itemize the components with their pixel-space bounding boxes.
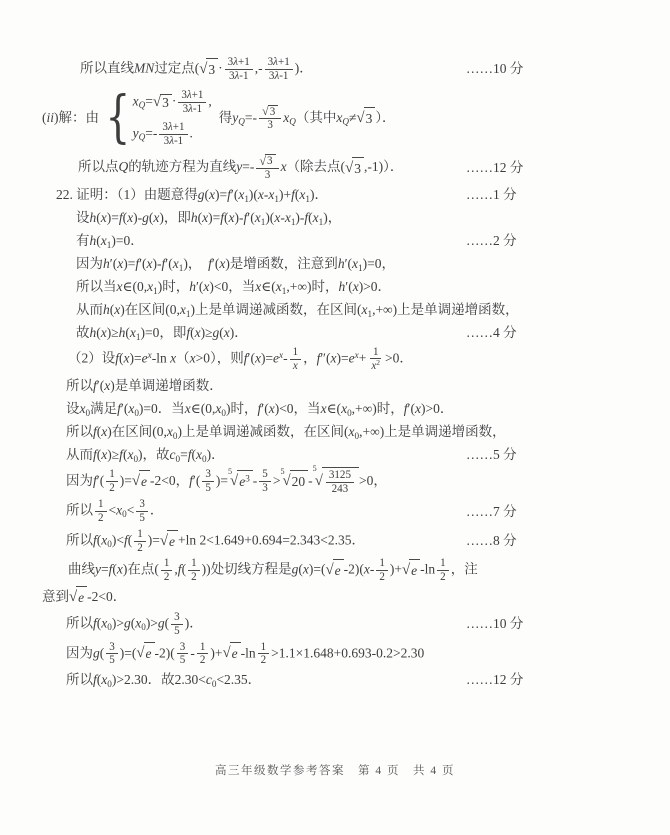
math-text: 所以f(x0)>g(x0)>g(35)． xyxy=(42,610,203,638)
denominator: 3 xyxy=(259,482,271,495)
superscript: x xyxy=(279,350,283,360)
numerator: 1 xyxy=(106,468,118,482)
page-footer: 高三年级数学参考答案 第 4 页 共 4 页 xyxy=(0,762,670,778)
fraction: 3λ+13λ-1 xyxy=(178,89,206,115)
solution-lines: 所以直线MN过定点(√3·3λ+13λ-1,-3λ+13λ-1)．……10 分(… xyxy=(42,54,642,692)
denominator: 5 xyxy=(171,625,183,638)
fraction: 12 xyxy=(134,528,146,554)
denominator: 5 xyxy=(106,654,118,667)
cases-result: 得yQ=-√33xQ（其中xQ≠√3）． xyxy=(219,104,396,133)
math-text: 因为f′(12)=√e-2<0，f′(35)=5√e3-53>5√20-5√31… xyxy=(42,467,387,496)
numerator: 1 xyxy=(188,557,200,571)
subscript: 1 xyxy=(319,217,324,227)
math-text: 曲线y=f(x)在点(12,f(12))处切线方程是g(x)=(√e-2)(x-… xyxy=(42,556,478,584)
math-text: 从而f(x)≥f(x0)，故c0=f(x0)． xyxy=(42,444,225,466)
subscript: 1 xyxy=(282,286,287,296)
cases-line: (ii)解：由{xQ=√3·3λ+13λ-1,yQ=-3λ+13λ-1.得yQ=… xyxy=(42,88,642,148)
fraction: 12 xyxy=(161,557,173,583)
fraction: √33 xyxy=(259,105,281,132)
radical: √e xyxy=(136,642,154,665)
score-marker: ……4 分 xyxy=(466,322,517,344)
numerator: 1 xyxy=(376,557,388,571)
fraction: 3λ+13λ-1 xyxy=(265,56,293,82)
radical: 5√3125243 xyxy=(313,467,359,496)
subscript: 1 xyxy=(274,194,279,204)
denominator: x xyxy=(290,360,301,373)
fraction: 35 xyxy=(106,641,118,667)
superscript: 3 xyxy=(245,474,250,484)
subscript: 0 xyxy=(202,454,207,464)
content-line: 所以直线MN过定点(√3·3λ+13λ-1,-3λ+13λ-1)．……10 分 xyxy=(42,55,642,83)
numerator: 3 xyxy=(177,641,189,655)
subscript: Q xyxy=(139,132,146,142)
denominator: 3λ-1 xyxy=(266,70,292,83)
numerator: √3 xyxy=(259,105,281,120)
content-line: 22. 证明：（1）由题意得g(x)=f′(x1)(x-x1)+f(x1)．……… xyxy=(42,184,642,206)
radical: 5√20 xyxy=(280,470,308,493)
content-line: 因为f′(12)=√e-2<0，f′(35)=5√e3-53>5√20-5√31… xyxy=(42,467,642,496)
subscript: Q xyxy=(342,116,349,126)
denominator: x2 xyxy=(368,359,383,372)
radical: √3 xyxy=(345,157,364,180)
radicand: 3 xyxy=(364,107,376,130)
score-marker: ……1 分 xyxy=(466,184,517,206)
subscript: 0 xyxy=(176,454,181,464)
fraction: 3λ+13λ-1 xyxy=(225,56,253,82)
subscript: 1 xyxy=(291,217,296,227)
subscript: 0 xyxy=(122,509,127,519)
denominator: 2 xyxy=(376,571,388,584)
numerator: 3λ+1 xyxy=(178,89,206,103)
fraction: 35 xyxy=(177,641,189,667)
case-equation: yQ=-3λ+13λ-1. xyxy=(133,120,212,148)
fraction: √33 xyxy=(256,154,278,181)
subscript: 0 xyxy=(86,408,91,418)
subscript: 0 xyxy=(107,622,112,632)
radical: √3 xyxy=(199,58,218,81)
math-text: 所以当x∈(0,x1)时，h′(x)<0，当x∈(x1,+∞)时，h′(x)>0… xyxy=(42,276,391,298)
denominator: 3 xyxy=(262,169,274,182)
radical: √e xyxy=(69,586,87,609)
numerator: 1 xyxy=(197,641,209,655)
math-text: 所以点Q的轨迹方程为直线y=-√33x（除去点(√3,-1)）． xyxy=(42,153,403,182)
numerator: 3 xyxy=(106,641,118,655)
radicand: 3 xyxy=(268,105,279,119)
radicand: e xyxy=(409,559,420,582)
fraction: 35 xyxy=(202,468,214,494)
radical: √e xyxy=(160,530,178,553)
subscript: 1 xyxy=(107,240,112,250)
score-marker: ……5 分 xyxy=(466,444,517,466)
subscript: 1 xyxy=(244,194,249,204)
radicand: 20 xyxy=(290,470,309,493)
content-line: （2）设f(x)=ex-ln x（x>0），则f′(x)=ex-1x，f″(x)… xyxy=(42,345,642,374)
content-line: 曲线y=f(x)在点(12,f(12))处切线方程是g(x)=(√e-2)(x-… xyxy=(42,556,642,584)
content-line: 设x0满足f′(x0)=0．当x∈(0,x0)时，f′(x)<0，当x∈(x0,… xyxy=(42,398,642,420)
numerator: 1 xyxy=(258,641,270,655)
denominator: 243 xyxy=(329,483,352,496)
subscript: 0 xyxy=(133,454,138,464)
content-line: 有h(x1)=0．……2 分 xyxy=(42,230,642,252)
denominator: 5 xyxy=(177,654,189,667)
radical: √e xyxy=(222,642,240,665)
subscript: 1 xyxy=(358,263,363,273)
numerator: 3 xyxy=(136,498,148,512)
denominator: 2 xyxy=(188,571,200,584)
numerator: 1 xyxy=(134,528,146,542)
fraction: 12 xyxy=(437,557,449,583)
fraction: 12 xyxy=(258,641,270,667)
fraction: 35 xyxy=(171,611,183,637)
math-text: （2）设f(x)=ex-ln x（x>0），则f′(x)=ex-1x，f″(x)… xyxy=(42,345,413,374)
content-line: 所以当x∈(0,x1)时，h′(x)<0，当x∈(x1,+∞)时，h′(x)>0… xyxy=(42,276,642,298)
subscript: 0 xyxy=(173,431,178,441)
radical: √3 xyxy=(262,105,278,119)
content-line: 从而h(x)在区间(0,x1)上是单调递减函数，在区间(x1,+∞)上是单调递增… xyxy=(42,299,642,321)
score-marker: ……7 分 xyxy=(466,501,517,523)
score-marker: ……12 分 xyxy=(466,669,523,691)
fraction: 35 xyxy=(136,498,148,524)
content-line: 所以点Q的轨迹方程为直线y=-√33x（除去点(√3,-1)）．……12 分 xyxy=(42,153,642,182)
cases-equations: xQ=√3·3λ+13λ-1,yQ=-3λ+13λ-1. xyxy=(133,88,212,148)
radical: 5√e3 xyxy=(228,470,253,493)
denominator: 3 xyxy=(264,119,276,132)
fraction: 12 xyxy=(106,468,118,494)
fraction: 12 xyxy=(376,557,388,583)
case-equation: xQ=√3·3λ+13λ-1, xyxy=(133,88,212,116)
math-text: 所以直线MN过定点(√3·3λ+13λ-1,-3λ+13λ-1)． xyxy=(42,55,313,83)
radicand: e xyxy=(230,642,241,665)
denominator: 5 xyxy=(202,482,214,495)
numerator: 3 xyxy=(202,468,214,482)
subscript: 1 xyxy=(179,263,184,273)
subscript: 0 xyxy=(141,622,146,632)
cases-prefix: (ii)解：由 xyxy=(42,107,99,129)
score-marker: ……2 分 xyxy=(466,230,517,252)
radicand: 3 xyxy=(265,154,276,168)
radicand: e3 xyxy=(237,470,253,493)
score-marker: ……10 分 xyxy=(466,58,523,80)
math-text: 因为h′(x)=f′(x)-f′(x1)， f′(x)是增函数，注意到h′(x1… xyxy=(42,253,395,275)
subscript: 0 xyxy=(354,431,359,441)
radicand: e xyxy=(333,559,344,582)
subscript: Q xyxy=(238,116,245,126)
content-line: 所以f(x0)>2.30．故2.30<c0<2.35．……12 分 xyxy=(42,669,642,691)
math-text: 因为g(35)=(√e-2)(35-12)+√e-ln12>1.1×1.648+… xyxy=(42,640,424,668)
denominator: 3λ-1 xyxy=(161,135,187,148)
denominator: 3λ-1 xyxy=(180,103,206,116)
subscript: 0 xyxy=(134,408,139,418)
numerator: 3 xyxy=(171,611,183,625)
numerator: 1 xyxy=(370,346,382,360)
content-line: 故h(x)≥h(x1)=0，即f(x)≥g(x)．……4 分 xyxy=(42,322,642,344)
fraction: 12 xyxy=(95,498,107,524)
math-text: 所以f(x)在区间(0,x0)上是单调递减函数，在区间(x0,+∞)上是单调递增… xyxy=(42,421,506,443)
subscript: 1 xyxy=(136,332,141,342)
numerator: √3 xyxy=(256,154,278,169)
numerator: 1 xyxy=(161,557,173,571)
denominator: 5 xyxy=(136,512,148,525)
left-brace-glyph: { xyxy=(105,93,130,143)
subscript: 0 xyxy=(347,408,352,418)
subscript: 1 xyxy=(261,217,266,227)
subscript: 1 xyxy=(153,286,158,296)
superscript: 2 xyxy=(376,358,380,367)
subscript: 1 xyxy=(367,309,372,319)
math-text: 22. 证明：（1）由题意得g(x)=f′(x1)(x-x1)+f(x1)． xyxy=(42,184,328,206)
subscript: Q xyxy=(289,116,296,126)
denominator: 2 xyxy=(161,571,173,584)
fraction: 1x2 xyxy=(368,346,383,373)
content-line: 所以f(x)在区间(0,x0)上是单调递减函数，在区间(x0,+∞)上是单调递增… xyxy=(42,421,642,443)
fraction: 12 xyxy=(197,641,209,667)
math-text: 意到√e-2<0． xyxy=(42,586,126,609)
denominator: 2 xyxy=(437,571,449,584)
math-text: 设x0满足f′(x0)=0．当x∈(0,x0)时，f′(x)<0，当x∈(x0,… xyxy=(42,398,453,420)
fraction: 3125243 xyxy=(326,469,354,495)
content-line: 从而f(x)≥f(x0)，故c0=f(x0)．……5 分 xyxy=(42,444,642,466)
numerator: 3λ+1 xyxy=(265,56,293,70)
fraction: 53 xyxy=(259,468,271,494)
content-line: 因为h′(x)=f′(x)-f′(x1)， f′(x)是增函数，注意到h′(x1… xyxy=(42,253,642,275)
math-text: 故h(x)≥h(x1)=0，即f(x)≥g(x)． xyxy=(42,322,248,344)
superscript: x xyxy=(355,350,359,360)
subscript: 1 xyxy=(305,194,310,204)
denominator: 2 xyxy=(197,654,209,667)
answer-sheet-page: 所以直线MN过定点(√3·3λ+13λ-1,-3λ+13λ-1)．……10 分(… xyxy=(0,0,670,835)
fraction: 1x xyxy=(290,346,302,372)
subscript: 0 xyxy=(107,539,112,549)
numerator: 1 xyxy=(437,557,449,571)
math-text: 所以12<x0<35． xyxy=(42,497,163,525)
subscript: Q xyxy=(139,101,146,111)
math-text: 有h(x1)=0． xyxy=(42,230,144,252)
score-marker: ……10 分 xyxy=(466,613,523,635)
footer-text: 高三年级数学参考答案 第 4 页 共 4 页 xyxy=(215,765,455,777)
score-marker: ……12 分 xyxy=(466,157,523,179)
numerator: 1 xyxy=(95,498,107,512)
math-text: 从而h(x)在区间(0,x1)上是单调递减函数，在区间(x1,+∞)上是单调递增… xyxy=(42,299,519,321)
radicand: 3 xyxy=(352,157,364,180)
content-line: 所以f(x0)<f(12)=√e+ln 2<1.649+0.694=2.343<… xyxy=(42,527,642,555)
radical-index: 5 xyxy=(313,465,317,473)
radical: √3 xyxy=(153,94,172,111)
fraction: 3λ+13λ-1 xyxy=(159,121,187,147)
denominator: 2 xyxy=(106,482,118,495)
denominator: 2 xyxy=(258,654,270,667)
radical: √e xyxy=(402,559,420,582)
denominator: 2 xyxy=(95,512,107,525)
subscript: 1 xyxy=(186,309,191,319)
numerator: 3λ+1 xyxy=(225,56,253,70)
content-line: 所以12<x0<35．……7 分 xyxy=(42,497,642,525)
math-text: 所以f(x0)>2.30．故2.30<c0<2.35． xyxy=(42,669,261,691)
math-text: 所以f(x0)<f(12)=√e+ln 2<1.649+0.694=2.343<… xyxy=(42,527,365,555)
radicand: e xyxy=(76,586,87,609)
content-line: 所以f(x0)>g(x0)>g(35)．……10 分 xyxy=(42,610,642,638)
subscript: 0 xyxy=(107,679,112,689)
subscript: 0 xyxy=(212,679,217,689)
radical: √3 xyxy=(356,107,375,130)
math-text: 所以f′(x)是单调递增函数． xyxy=(42,375,223,397)
subscript: 0 xyxy=(221,408,226,418)
content-line: 所以f′(x)是单调递增函数． xyxy=(42,375,642,397)
score-marker: ……8 分 xyxy=(466,530,517,552)
radicand: e xyxy=(139,470,150,493)
numerator: 3λ+1 xyxy=(159,121,187,135)
denominator: 3λ-1 xyxy=(226,70,252,83)
radicand: 3125243 xyxy=(322,467,359,496)
radical: √e xyxy=(325,559,343,582)
content-line: 意到√e-2<0． xyxy=(42,586,642,609)
radicand: e xyxy=(167,530,178,553)
content-line: 设h(x)=f(x)-g(x)，即h(x)=f(x)-f′(x1)(x-x1)-… xyxy=(42,207,642,229)
math-text: 设h(x)=f(x)-g(x)，即h(x)=f(x)-f′(x1)(x-x1)-… xyxy=(42,207,341,229)
superscript: x xyxy=(148,350,152,360)
numerator: 5 xyxy=(259,468,271,482)
fraction: 12 xyxy=(188,557,200,583)
denominator: 2 xyxy=(134,542,146,555)
radical: √e xyxy=(132,470,150,493)
numerator: 1 xyxy=(290,346,302,360)
numerator: 3125 xyxy=(326,469,354,483)
radicand: e xyxy=(144,642,155,665)
radicand: 3 xyxy=(160,94,172,111)
content-line: 因为g(35)=(√e-2)(35-12)+√e-ln12>1.1×1.648+… xyxy=(42,640,642,668)
radicand: 3 xyxy=(206,58,218,81)
radical: √3 xyxy=(259,154,275,168)
